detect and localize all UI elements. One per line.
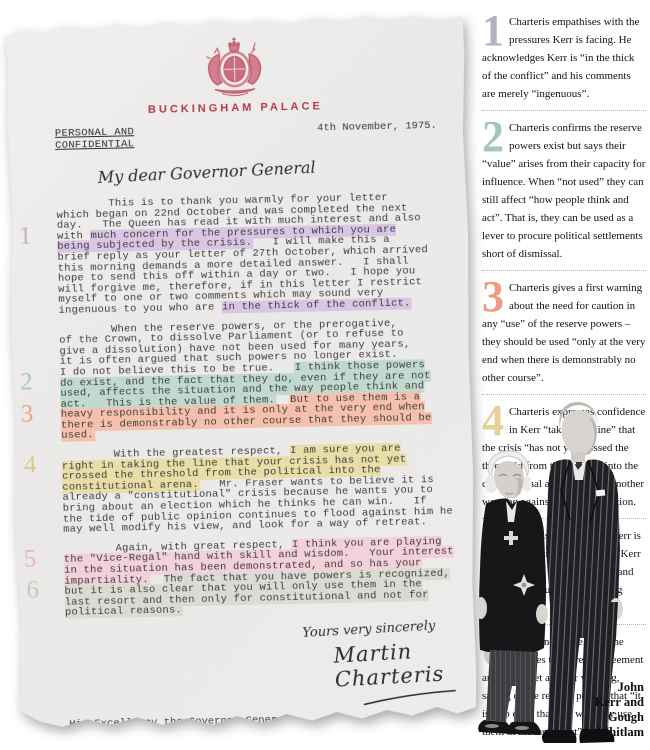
highlight-marker-1: 1 [19,223,32,248]
annotation-item-1: 1Charteris empathises with the pressures… [482,12,646,102]
annotation-text: Charteris confirms the reserve powers ex… [482,122,645,260]
highlight-marker-5: 5 [24,546,37,571]
infographic: BUCKINGHAM PALACE PERSONAL AND CONFIDENT… [0,0,650,750]
addressee-line: of Australia. [111,722,479,742]
classification-stamp: PERSONAL AND CONFIDENTIAL [55,126,135,152]
salutation-handwriting: My dear Governor General [97,150,468,197]
highlight-marker-2: 2 [20,369,33,394]
royal-crest-icon [201,35,268,100]
caption-line: Kerr and [595,695,644,710]
letter-meta: PERSONAL AND CONFIDENTIAL 4th November, … [5,119,467,157]
highlight-marker-3: 3 [21,401,34,426]
signature-flourish [362,689,458,707]
letterhead: BUCKINGHAM PALACE [4,97,466,119]
annotation-item-3: 3Charteris gives a first warning about t… [482,278,646,386]
annotation-number: 1 [482,14,504,48]
letter-body: This is to thank you warmly for your let… [56,191,465,618]
addressee-line: His Excellency the Governor-General [69,710,479,731]
letter-document: BUCKINGHAM PALACE PERSONAL AND CONFIDENT… [3,13,484,737]
separator [482,270,646,271]
annotation-number: 2 [482,120,504,154]
classification-line: CONFIDENTIAL [55,138,134,152]
letter-paragraph-3: With the greatest respect, I am sure you… [62,443,464,536]
letter-paper: BUCKINGHAM PALACE PERSONAL AND CONFIDENT… [3,13,480,731]
letter-paragraph-4: Again, with great respect, I think you a… [64,536,465,619]
highlight-marker-4: 4 [24,452,37,477]
letter-date: 4th November, 1975. [317,120,437,135]
addressee: His Excellency the Governor-General of A… [69,710,479,743]
photo-caption: John Kerr and Gough Whitlam [595,680,644,740]
annotation-text: Charteris empathises with the pressures … [482,16,639,100]
letter-paragraph-1: This is to thank you warmly for your let… [56,191,458,316]
annotation-item-2: 2Charteris confirms the reserve powers e… [482,118,646,262]
separator [482,394,646,395]
page: { "letter": { "letterhead": "BUCKINGHAM … [0,0,650,750]
separator [482,110,646,111]
letter-paragraph-2: When the reserve powers, or the prerogat… [59,317,461,442]
kerr-figure [475,451,548,735]
caption-line: John [595,680,644,695]
annotation-text: Charteris gives a first warning about th… [482,282,645,384]
caption-line: Gough [595,710,644,725]
highlight-marker-6: 6 [26,577,39,602]
caption-line: Whitlam [595,725,644,740]
annotation-number: 3 [482,280,504,314]
